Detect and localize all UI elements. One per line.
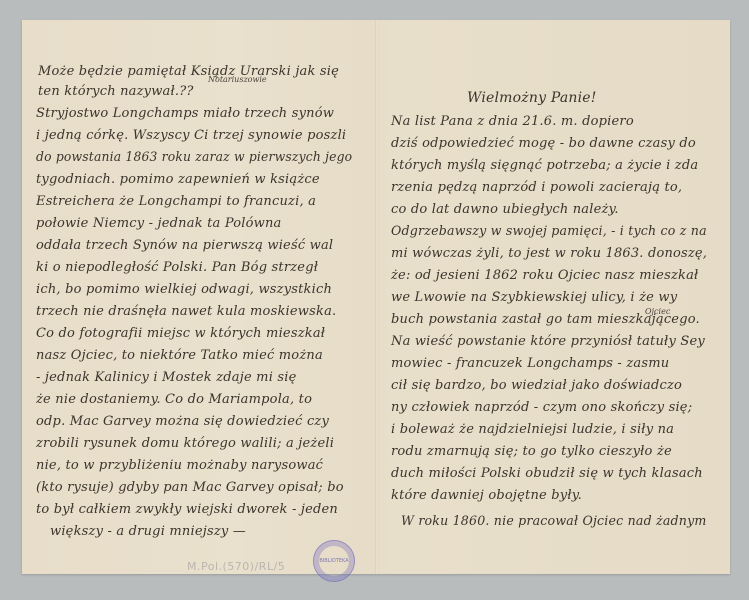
left-line-16: że nie dostaniemy. Co do Mariampola, to [36,392,312,407]
left-line-10: ki o niepodległość Polski. Pan Bóg strze… [36,260,318,275]
left-line-15: - jednak Kalinicy i Mostek zdaje mi się [36,370,297,385]
archive-shelfmark: M.Pol.(570)/RL/5 [187,560,285,573]
left-line-12: trzech nie draśnęła nawet kula moskiewsk… [36,304,336,319]
right-line-1: Na list Pana z dnia 21.6. m. dopiero [391,114,634,129]
left-interlinear-insert: Notariuszowie [208,75,267,84]
right-line-7: mi wówczas żyli, to jest w roku 1863. do… [391,246,707,261]
salutation: Wielmożny Panie! [467,90,597,106]
right-line-13: cił się bardzo, bo wiedział jako doświad… [391,378,682,393]
right-line-17: duch miłości Polski obudził się w tych k… [391,466,703,481]
left-line-14: nasz Ojciec, to niektóre Tatko mieć możn… [36,348,323,363]
left-line-1: Może będzie pamiętał Ksiądz Urarski jak … [38,64,339,79]
right-line-8: że: od jesieni 1862 roku Ojciec nasz mie… [391,268,698,283]
library-stamp: BIBLIOTEKA [313,540,355,582]
left-line-9: oddała trzech Synów na pierwszą wieść wa… [36,238,333,253]
right-line-16: rodu zmarnują się; to go tylko cieszyło … [391,444,672,459]
right-line-12: mowiec - francuzek Longchamps - zasmu [391,356,669,371]
right-line-4: rzenia pędzą naprzód i powoli zacierają … [391,180,682,195]
library-stamp-text: BIBLIOTEKA [319,558,348,564]
left-line-4: i jedną córkę. Wszyscy Ci trzej synowie … [36,128,346,143]
right-line-11: Na wieść powstanie które przyniósł tatuł… [391,334,705,349]
left-line-2: ten których nazywał.?? [38,84,194,99]
left-line-19: nie, to w przybliżeniu możnaby narysować [36,458,323,473]
left-line-6: tygodniach. pomimo zapewnień w książce [36,172,320,187]
left-line-21: to był całkiem zwykły wiejski dworek - j… [36,502,338,517]
left-line-7: Estreichera że Longchampi to francuzi, a [36,194,316,209]
left-line-5: do powstania 1863 roku zaraz w pierwszyc… [36,150,352,165]
left-page: Może będzie pamiętał Ksiądz Urarski jak … [22,20,375,574]
right-line-5: co do lat dawno ubiegłych należy. [391,202,619,217]
right-line-3: których myślą sięgnąć potrzeba; a życie … [391,158,698,173]
right-line-15: i boleważ że najdzielniejsi ludzie, i si… [391,422,674,437]
left-line-13: Co do fotografii miejsc w których mieszk… [36,326,325,341]
right-line-18: które dawniej obojętne były. [391,488,582,503]
right-line-19: W roku 1860. nie pracował Ojciec nad żad… [401,514,707,529]
left-line-8: połowie Niemcy - jednak ta Polówna [36,216,282,231]
left-line-18: zrobili rysunek domu którego walili; a j… [36,436,334,451]
left-line-17: odp. Mac Garvey można się dowiedzieć czy [36,414,329,429]
left-line-11: ich, bo pomimo wielkiej odwagi, wszystki… [36,282,332,297]
left-line-22: większy - a drugi mniejszy — [50,524,246,539]
right-line-2: dziś odpowiedzieć mogę - bo dawne czasy … [391,136,696,151]
left-line-3: Stryjostwo Longchamps miało trzech synów [36,106,334,121]
right-line-6: Odgrzebawszy w swojej pamięci, - i tych … [391,224,707,239]
left-line-20: (kto rysuje) gdyby pan Mac Garvey opisał… [36,480,344,495]
letter-paper: Może będzie pamiętał Ksiądz Urarski jak … [22,20,730,574]
right-line-14: ny człowiek naprzód - czym ono skończy s… [391,400,692,415]
right-interlinear-insert: Ojciec [645,307,670,316]
right-page: Wielmożny Panie! Na list Pana z dnia 21.… [377,20,730,574]
right-line-9: we Lwowie na Szybkiewskiej ulicy, i że w… [391,290,677,305]
